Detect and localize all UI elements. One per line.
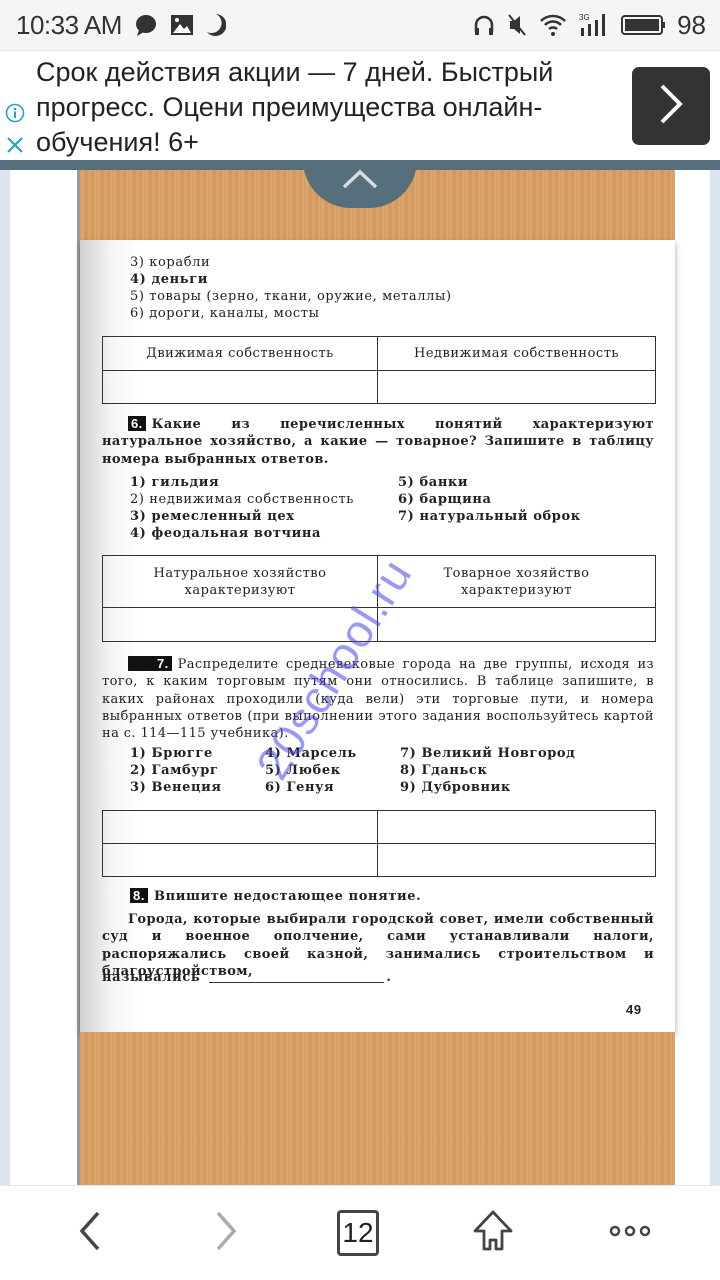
option: 2) недвижимая собственность xyxy=(130,492,354,507)
table-cell xyxy=(103,811,378,844)
task-number: 6. xyxy=(128,416,146,431)
table-header: Недвижимая собственность xyxy=(378,337,656,371)
ad-banner[interactable]: Срок действия акции — 7 дней. Быстрый пр… xyxy=(0,50,720,160)
option: 7) Великий Новгород xyxy=(400,746,575,761)
table-cell xyxy=(378,371,656,404)
task-8-answer-line: назывались . xyxy=(102,970,392,985)
table-header: Натуральное хозяйство характеризуют xyxy=(103,556,378,608)
tabs-button[interactable]: 12 xyxy=(328,1208,388,1258)
option: 3) ремесленный цех xyxy=(130,509,295,524)
list-item: 4) деньги xyxy=(130,272,208,287)
moon-icon xyxy=(206,13,226,37)
status-time: 10:33 AM xyxy=(16,10,122,41)
tabs-count: 12 xyxy=(337,1210,379,1256)
list-item: 3) корабли xyxy=(130,255,210,270)
battery-icon xyxy=(621,13,665,37)
option: 1) Брюгге xyxy=(130,746,213,761)
task-number: 8. xyxy=(130,888,148,903)
option: 3) Венеция xyxy=(130,780,222,795)
option: 8) Гданьск xyxy=(400,763,487,778)
book-page: 3) корабли 4) деньги 5) товары (зерно, т… xyxy=(77,170,675,1185)
option: 4) феодальная вотчина xyxy=(130,526,321,541)
option: 5) банки xyxy=(398,475,468,490)
option: 7) натуральный оброк xyxy=(398,509,581,524)
more-dots-icon xyxy=(608,1224,652,1243)
list-item: 6) дороги, каналы, мосты xyxy=(130,306,320,321)
property-table: Движимая собственность Недвижимая собств… xyxy=(102,336,656,404)
mute-icon xyxy=(507,13,527,37)
info-icon[interactable] xyxy=(5,103,25,123)
task-7-text: 7.Распределите средневековые города на д… xyxy=(102,656,654,742)
answer-blank xyxy=(209,982,384,983)
page-number: 49 xyxy=(626,1002,642,1017)
option: 2) Гамбург xyxy=(130,763,218,778)
back-button[interactable] xyxy=(61,1208,121,1258)
close-icon[interactable] xyxy=(5,135,25,155)
chevron-up-icon xyxy=(340,166,380,195)
document-viewer[interactable]: 3) корабли 4) деньги 5) товары (зерно, т… xyxy=(0,160,720,1185)
table-cell xyxy=(103,844,378,877)
task-6-text: 6.Какие из перечисленных понятий характе… xyxy=(102,416,654,468)
table-header: Движимая собственность xyxy=(103,337,378,371)
menu-button[interactable] xyxy=(600,1208,660,1258)
task-number: 7. xyxy=(128,656,172,671)
chevron-left-icon xyxy=(76,1209,106,1258)
ad-open-button[interactable] xyxy=(632,67,710,145)
option: 6) Генуя xyxy=(265,780,334,795)
chevron-right-icon xyxy=(656,82,686,131)
option: 6) барщина xyxy=(398,492,492,507)
home-icon xyxy=(471,1209,515,1258)
table-cell xyxy=(103,371,378,404)
chat-bubble-icon xyxy=(134,13,158,37)
table-cell xyxy=(378,811,656,844)
signal-3g-icon: 3G xyxy=(579,12,609,38)
cities-table xyxy=(102,810,656,877)
image-icon xyxy=(170,14,194,36)
wifi-icon xyxy=(539,13,567,37)
home-button[interactable] xyxy=(463,1208,523,1258)
status-bar: 10:33 AM 3G 98 xyxy=(0,0,720,50)
task-8-title: 8.Впишите недостающее понятие. xyxy=(130,888,421,904)
headphones-icon xyxy=(473,14,495,36)
table-cell xyxy=(378,844,656,877)
page-sheet: 3) корабли 4) деньги 5) товары (зерно, т… xyxy=(80,240,675,1032)
forward-button[interactable] xyxy=(195,1208,255,1258)
battery-level: 98 xyxy=(677,10,706,41)
list-item: 5) товары (зерно, ткани, оружие, металлы… xyxy=(130,289,452,304)
browser-bottom-nav: 12 xyxy=(0,1185,720,1280)
table-cell xyxy=(378,608,656,642)
option: 1) гильдия xyxy=(130,475,219,490)
ad-text[interactable]: Срок действия акции — 7 дней. Быстрый пр… xyxy=(36,55,626,160)
chevron-right-icon xyxy=(210,1209,240,1258)
wood-background-bottom xyxy=(80,1032,675,1185)
option: 9) Дубровник xyxy=(400,780,511,795)
svg-text:3G: 3G xyxy=(579,13,590,22)
